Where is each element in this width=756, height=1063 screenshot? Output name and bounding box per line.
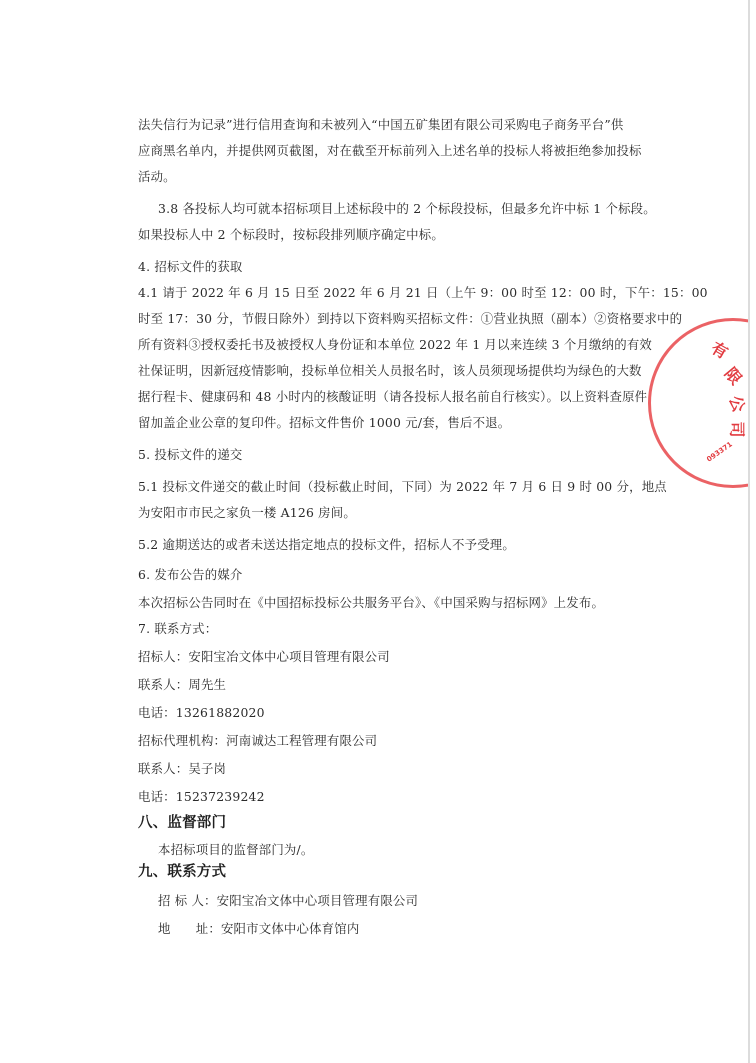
text-line: 如果投标人中 2 个标段时，按标段排列顺序确定中标。 xyxy=(138,227,444,243)
text-line: 活动。 xyxy=(138,169,176,185)
tenderer-line: 招 标 人：安阳宝冶文体中心项目管理有限公司 xyxy=(158,893,418,909)
phone-line: 电话：13261882020 xyxy=(138,705,265,721)
text-line: 社保证明，因新冠疫情影响，投标单位相关人员报名时，该人员须现场提供均为绿色的大数 xyxy=(138,363,642,379)
text-line: 5.1 投标文件递交的截止时间（投标截止时间，下同）为 2022 年 7 月 6… xyxy=(138,479,667,495)
seal-char: 有 xyxy=(707,336,732,364)
text-line: 据行程卡、健康码和 48 小时内的核酸证明（请各投标人报名前自行核实）。以上资料… xyxy=(138,389,647,405)
seal-char: 公 xyxy=(724,392,748,415)
seal-char: 限 xyxy=(720,362,748,389)
text-line: 4.1 请于 2022 年 6 月 15 日至 2022 年 6 月 21 日（… xyxy=(138,285,708,301)
section-4-heading: 4. 招标文件的获取 xyxy=(138,259,243,275)
text-line: 应商黑名单内，并提供网页截图，对在截至开标前列入上述名单的投标人将被拒绝参加投标 xyxy=(138,143,642,159)
seal-char: 司 xyxy=(727,421,748,437)
contact-line: 联系人：周先生 xyxy=(138,677,226,693)
text-line: 5.2 逾期送达的或者未送达指定地点的投标文件，招标人不予受理。 xyxy=(138,537,515,553)
agency-line: 招标代理机构：河南诚达工程管理有限公司 xyxy=(138,733,377,749)
text-line: 留加盖企业公章的复印件。招标文件售价 1000 元/套，售后不退。 xyxy=(138,415,510,431)
text-line: 3.8 各投标人均可就本招标项目上述标段中的 2 个标段投标，但最多允许中标 1… xyxy=(158,201,656,217)
text-line: 本次招标公告同时在《中国招标投标公共服务平台》、《中国采购与招标网》上发布。 xyxy=(138,595,604,611)
text-line: 所有资料③授权委托书及被授权人身份证和本单位 2022 年 1 月以来连续 3 … xyxy=(138,337,652,353)
text-line: 本招标项目的监督部门为/。 xyxy=(158,842,313,858)
phone-line: 电话：15237239242 xyxy=(138,789,265,805)
section-7-heading: 7. 联系方式： xyxy=(138,621,217,637)
section-9-heading: 九、联系方式 xyxy=(138,863,226,881)
address-line: 地 址：安阳市文体中心体育馆内 xyxy=(158,921,359,937)
section-6-heading: 6. 发布公告的媒介 xyxy=(138,567,243,583)
text-line: 为安阳市市民之家负一楼 A126 房间。 xyxy=(138,505,356,521)
section-5-heading: 5. 投标文件的递交 xyxy=(138,447,243,463)
contact-line: 联系人：吴子岗 xyxy=(138,761,226,777)
seal-ring xyxy=(648,318,748,488)
seal-number: 093371 xyxy=(705,440,734,463)
text-line: 时至 17：30 分，节假日除外）到持以下资料购买招标文件：①营业执照（副本）②… xyxy=(138,311,682,327)
section-8-heading: 八、监督部门 xyxy=(138,814,226,832)
text-line: 法失信行为记录”进行信用查询和未被列入“中国五矿集团有限公司采购电子商务平台”供 xyxy=(138,117,623,133)
page-edge xyxy=(748,0,750,1063)
tenderer-line: 招标人：安阳宝冶文体中心项目管理有限公司 xyxy=(138,649,390,665)
